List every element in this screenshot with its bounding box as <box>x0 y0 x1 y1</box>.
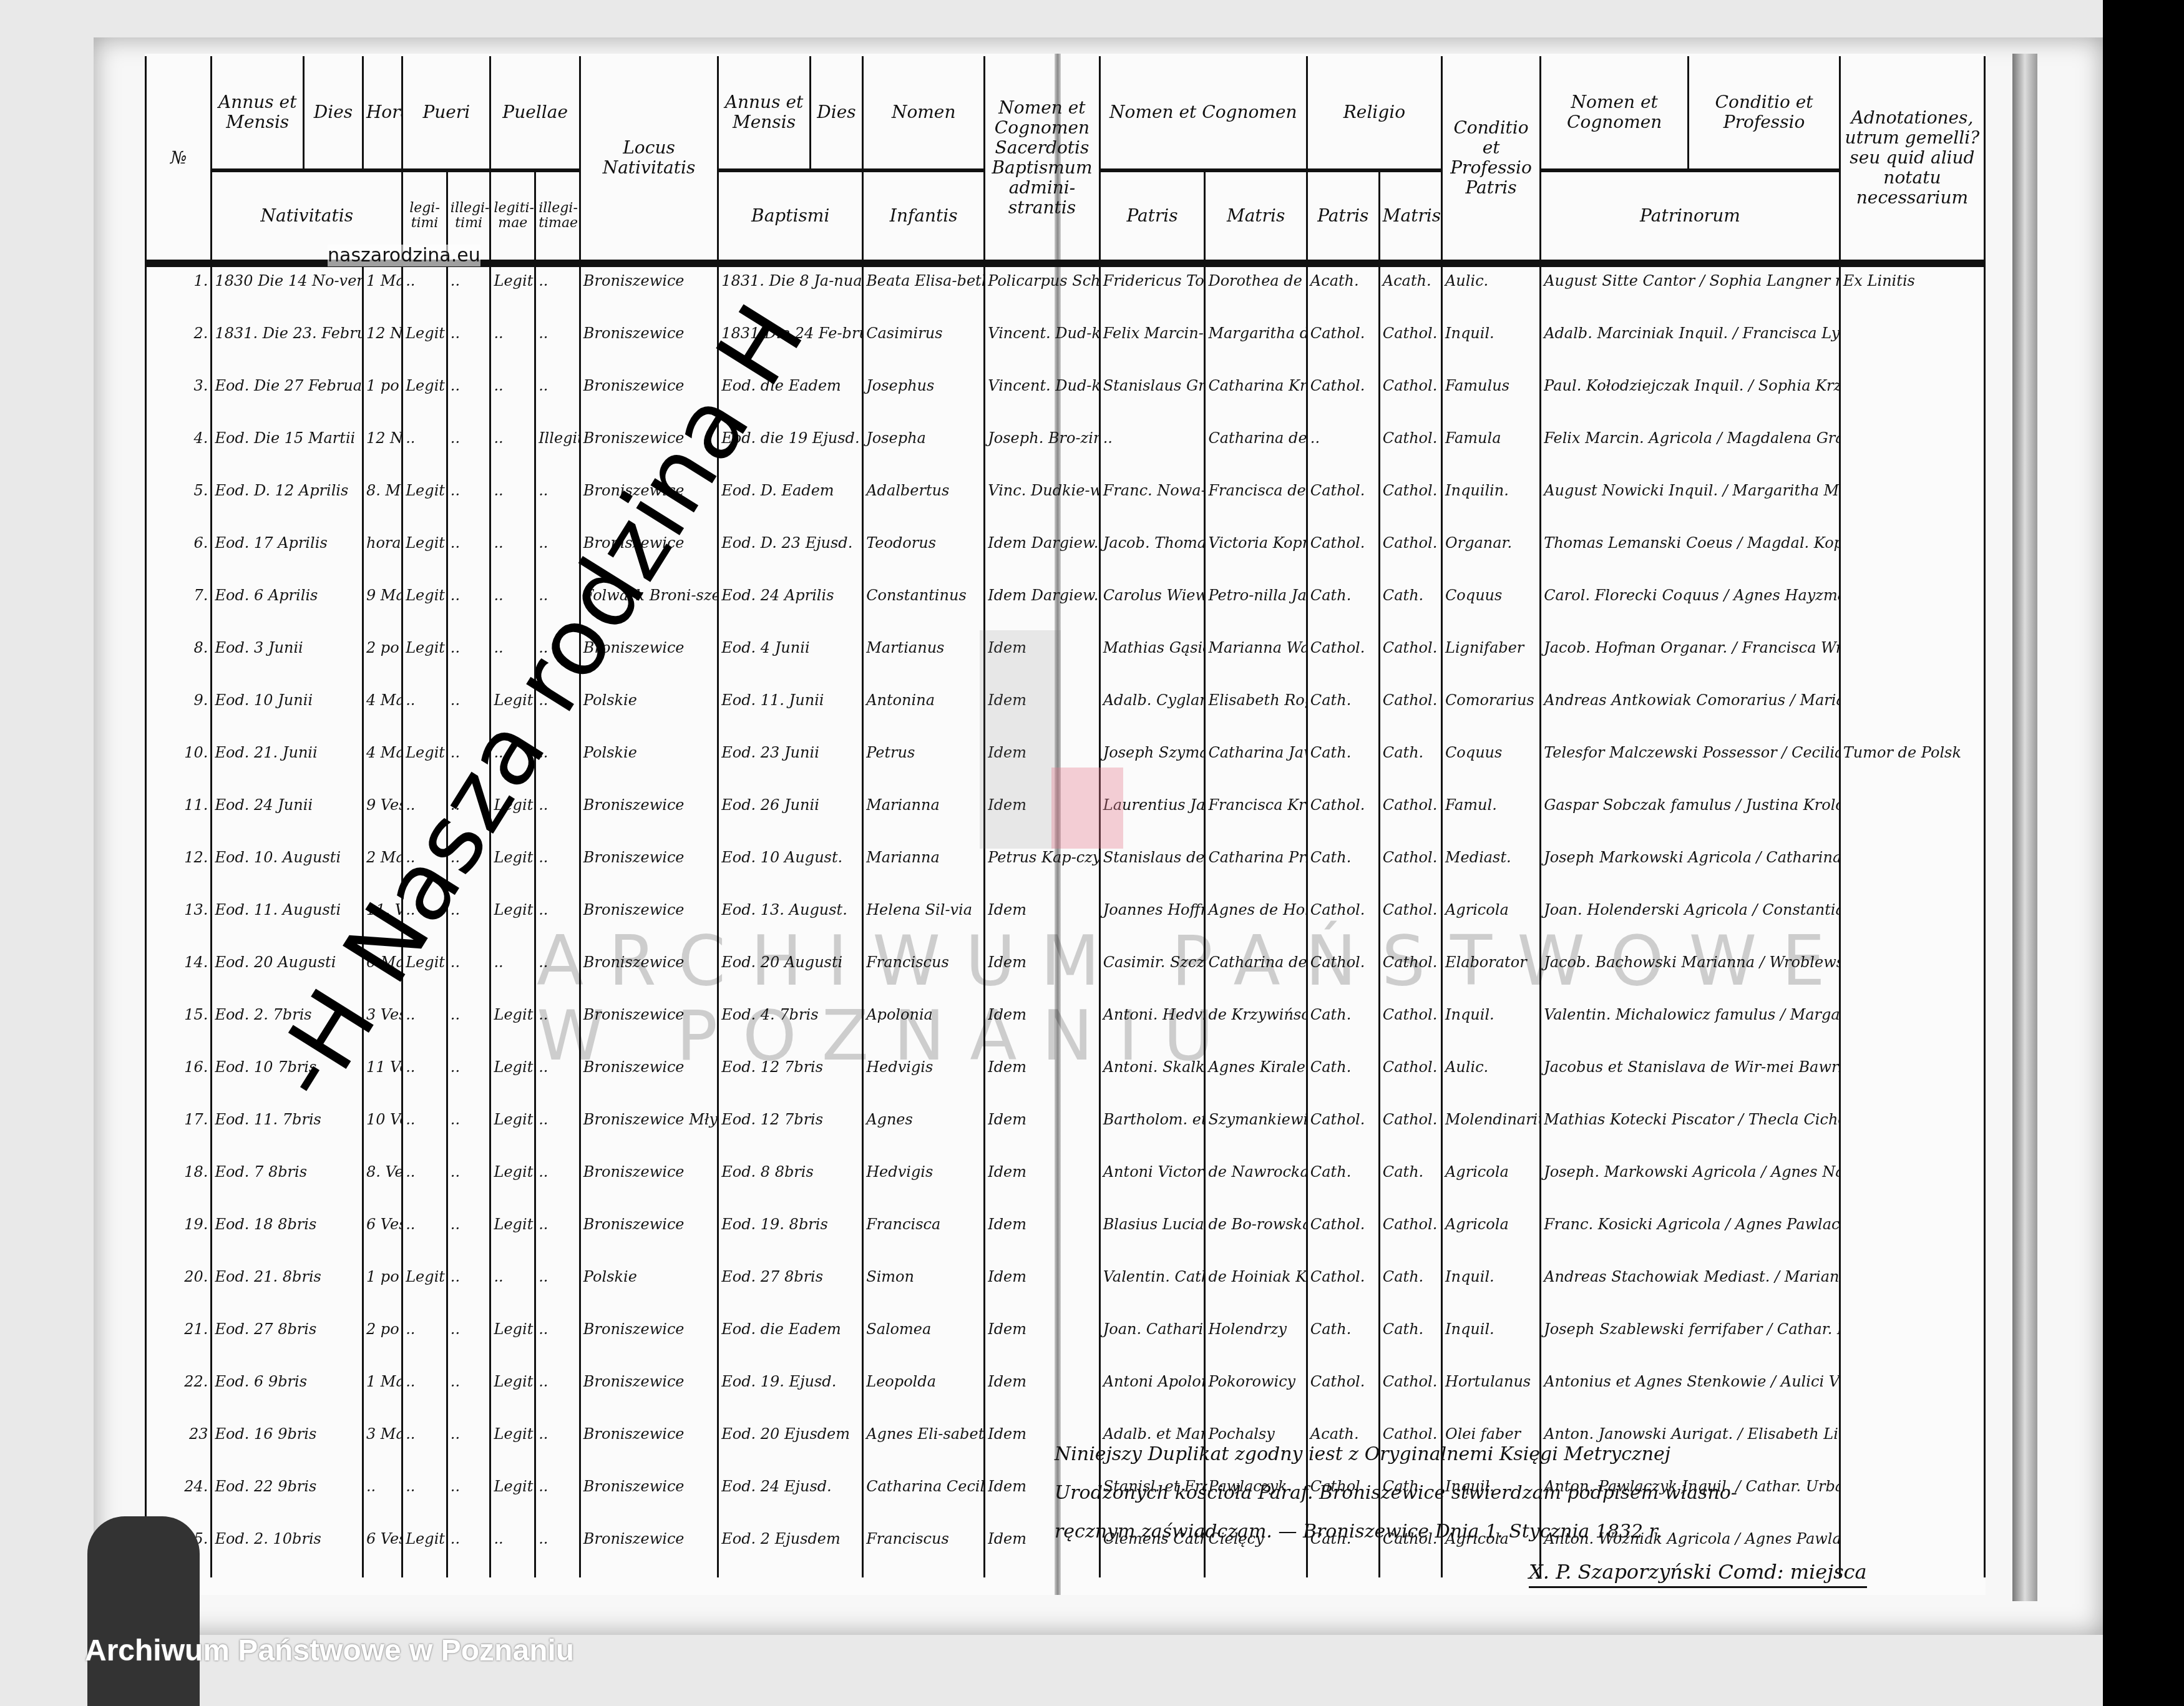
cell-adnot <box>1840 529 1984 582</box>
cell-rel-p: Cath. <box>1307 844 1379 896</box>
cell-sacerdos: Idem Dargiew. <box>985 582 1100 634</box>
cell-hora: 8. Vespere <box>363 1158 402 1211</box>
cell-puella-leg: .. <box>490 372 535 424</box>
cell-puer-illeg: .. <box>447 372 490 424</box>
cell-puer-illeg: .. <box>447 1106 490 1158</box>
cell-annus: Eod. Die 15 Martii <box>212 424 363 477</box>
cell-puer-leg: Legit. <box>402 529 447 582</box>
cell-puer-illeg: .. <box>447 634 490 686</box>
cell-puer-illeg: .. <box>447 582 490 634</box>
cell-locus: Broniszewice <box>580 1158 718 1211</box>
cell-puella-leg: Legit. <box>490 1053 535 1106</box>
cell-locus: Broniszewice <box>580 844 718 896</box>
cell-adnot <box>1840 1106 1984 1158</box>
cell-patris: Carolus Wiewiński <box>1099 582 1205 634</box>
cell-rel-m: Cathol. <box>1379 424 1441 477</box>
cell-matris: de Hoiniak Kubiak <box>1205 1263 1307 1315</box>
cell-rel-p: Cath. <box>1307 739 1379 791</box>
cell-hora: 12 Noct. <box>363 424 402 477</box>
cell-hora: 1 po meridiem <box>363 372 402 424</box>
cell-matris: Catharina Przybylacy <box>1205 844 1307 896</box>
cell-puella-illeg: .. <box>535 319 580 372</box>
cell-locus: Broniszewice <box>580 1420 718 1473</box>
cell-locus: Broniszewice <box>580 1315 718 1368</box>
cell-no: 23 <box>146 1420 212 1473</box>
header-religio-patris: Patris <box>1307 170 1379 263</box>
cell-puella-leg: .. <box>490 477 535 529</box>
cell-matris: Catharina de Lukomska <box>1205 424 1307 477</box>
header-puellae-legitimae: legiti-mae <box>490 170 535 263</box>
cell-nomen: Agnes <box>863 1106 985 1158</box>
cell-rel-m: Cathol. <box>1379 1368 1441 1420</box>
cell-matris: Margaritha de Spychi <box>1205 319 1307 372</box>
cell-sacerdos: Vincent. Dud-kiewicz <box>985 372 1100 424</box>
cell-bapt: Eod. 2 Ejusdem <box>718 1525 863 1577</box>
cell-nomen: Hedvigis <box>863 1158 985 1211</box>
cell-no: 20. <box>146 1263 212 1315</box>
cell-hora: 2 po meridiem <box>363 1315 402 1368</box>
cell-conditio: Lignifaber <box>1441 634 1540 686</box>
cell-bapt: Eod. D. 23 Ejusd. <box>718 529 863 582</box>
cell-patris: Antoni Victoria <box>1099 1158 1205 1211</box>
cell-rel-p: Cathol. <box>1307 791 1379 844</box>
cell-adnot <box>1840 686 1984 739</box>
cell-adnot: Tumor de Polsk <box>1840 739 1984 791</box>
cell-puella-illeg: .. <box>535 1211 580 1263</box>
cell-puer-leg: Legit. <box>402 372 447 424</box>
cell-puella-illeg: .. <box>535 372 580 424</box>
cell-conditio: Famulus <box>1441 372 1540 424</box>
cell-patrini: August Sitte Cantor / Sophia Langner nat… <box>1541 263 1840 319</box>
table-row: 22.Eod. 6 9bris1 Mane....Legit...Bronisz… <box>146 1368 1985 1420</box>
cell-annus: Eod. 3 Junii <box>212 634 363 686</box>
cell-bapt: Eod. 11. Junii <box>718 686 863 739</box>
cell-puella-leg: Legit. <box>490 896 535 948</box>
cell-nomen: Marianna <box>863 791 985 844</box>
certification-line-1: Niniejszy Duplikat zgodny iest z Orygina… <box>1055 1435 1991 1474</box>
cell-puer-illeg: .. <box>447 1525 490 1577</box>
cell-puella-illeg: .. <box>535 1106 580 1158</box>
cell-conditio: Mediast. <box>1441 844 1540 896</box>
header-annus-mensis: Annus et Mensis <box>212 56 304 170</box>
cell-patris: Antoni Apolonia de Mi-niewski <box>1099 1368 1205 1420</box>
cell-puella-leg: Legit. <box>490 1473 535 1525</box>
cell-adnot <box>1840 791 1984 844</box>
cell-bapt: Eod. 10 August. <box>718 844 863 896</box>
cell-puer-illeg: .. <box>447 477 490 529</box>
cell-puella-leg: Legit. <box>490 1368 535 1420</box>
cell-patris: Felix Marcin-niak <box>1099 319 1205 372</box>
cell-nomen: Teodorus <box>863 529 985 582</box>
cell-puella-leg: Legit. <box>490 1211 535 1263</box>
page-edge <box>2012 54 2037 1601</box>
cell-rel-p: Cathol. <box>1307 1368 1379 1420</box>
table-row: 3.Eod. Die 27 Februarii1 po meridiemLegi… <box>146 372 1985 424</box>
cell-adnot <box>1840 1211 1984 1263</box>
cell-conditio: Coquus <box>1441 739 1540 791</box>
cell-no: 13. <box>146 896 212 948</box>
header-nomen: Nomen <box>863 56 985 170</box>
cell-matris: de Bo-rowska Rzesińcy <box>1205 1211 1307 1263</box>
watermark-site: naszarodzina.eu <box>328 245 480 266</box>
cell-annus: Eod. D. 12 Aprilis <box>212 477 363 529</box>
cell-puella-leg: .. <box>490 424 535 477</box>
cell-annus: Eod. 17 Aprilis <box>212 529 363 582</box>
cell-nomen: Simon <box>863 1263 985 1315</box>
cell-patrini: Antonius et Agnes Stenkowie / Aulici Vil… <box>1541 1368 1840 1420</box>
cell-hora: 9 Mane <box>363 582 402 634</box>
cell-hora: 12 Noct. <box>363 319 402 372</box>
header-bapt-dies: Dies <box>810 56 862 170</box>
cell-annus: Eod. 27 8bris <box>212 1315 363 1368</box>
cell-matris: Francisca Krolowna <box>1205 791 1307 844</box>
cell-puer-illeg: .. <box>447 1263 490 1315</box>
cell-no: 18. <box>146 1158 212 1211</box>
cell-no: 11. <box>146 791 212 844</box>
cell-puer-illeg: .. <box>447 1158 490 1211</box>
cell-patris: Stanislaus de Lei <box>1099 844 1205 896</box>
cell-patrini: August Nowicki Inquil. / Margaritha Marc… <box>1541 477 1840 529</box>
cell-bapt: Eod. 23 Junii <box>718 739 863 791</box>
cell-matris: Szymankiewicz <box>1205 1106 1307 1158</box>
cell-nomen: Josepha <box>863 424 985 477</box>
cell-puer-illeg: .. <box>447 263 490 319</box>
cell-rel-p: Acath. <box>1307 263 1379 319</box>
table-row: 21.Eod. 27 8bris2 po meridiem....Legit..… <box>146 1315 1985 1368</box>
cell-nomen: Leopolda <box>863 1368 985 1420</box>
cell-rel-p: Cath. <box>1307 1158 1379 1211</box>
cell-puer-leg: .. <box>402 1315 447 1368</box>
cell-matris: Petro-nilla Jagminska <box>1205 582 1307 634</box>
cell-puella-leg: Legit. <box>490 1420 535 1473</box>
header-no: № <box>146 56 212 263</box>
cell-rel-p: Cathol. <box>1307 319 1379 372</box>
cell-no: 9. <box>146 686 212 739</box>
cell-hora: .. <box>363 1473 402 1525</box>
cell-rel-m: Cath. <box>1379 1263 1441 1315</box>
cell-locus: Broniszewice Młyn <box>580 1106 718 1158</box>
cell-patrini: Andreas Stachowiak Mediast. / Marianna W… <box>1541 1263 1840 1315</box>
cell-adnot <box>1840 1315 1984 1368</box>
cell-locus: Broniszewice <box>580 1368 718 1420</box>
cell-adnot <box>1840 634 1984 686</box>
thumb-shadow <box>87 1516 200 1706</box>
header-conditio-patris: Conditio et Professio Patris <box>1441 56 1540 263</box>
cell-puer-illeg: .. <box>447 1053 490 1106</box>
cell-puella-illeg: .. <box>535 1158 580 1211</box>
cell-conditio: Agricola <box>1441 1211 1540 1263</box>
watermark-gray-block <box>980 630 1061 849</box>
cell-adnot <box>1840 477 1984 529</box>
header-pueri: Pueri <box>402 56 490 170</box>
cell-rel-p: Cathol. <box>1307 1211 1379 1263</box>
cell-conditio: Comorarius <box>1441 686 1540 739</box>
cell-bapt: Eod. 8 8bris <box>718 1158 863 1211</box>
table-row: 1.1830 Die 14 No-vembris1 Mane....Legit.… <box>146 263 1985 319</box>
cell-puella-leg: .. <box>490 1263 535 1315</box>
cell-puer-leg: .. <box>402 1473 447 1525</box>
cell-adnot <box>1840 896 1984 948</box>
cell-puer-leg: Legit. <box>402 319 447 372</box>
cell-puella-leg: Legit. <box>490 1158 535 1211</box>
cell-rel-m: Cath. <box>1379 582 1441 634</box>
cell-bapt: Eod. 4 Junii <box>718 634 863 686</box>
cell-adnot: Ex Linitis <box>1840 263 1984 319</box>
cell-hora: 1 po meridiem <box>363 1263 402 1315</box>
cell-annus: Eod. 21. Junii <box>212 739 363 791</box>
cell-adnot <box>1840 1001 1984 1053</box>
cell-conditio: Inquil. <box>1441 1263 1540 1315</box>
cell-no: 6. <box>146 529 212 582</box>
cell-no: 16. <box>146 1053 212 1106</box>
cell-matris: Victoria Koprowska <box>1205 529 1307 582</box>
cell-patris: Mathias Gąsiorowski <box>1099 634 1205 686</box>
cell-hora: 1 Mane <box>363 263 402 319</box>
cell-puer-leg: Legit. <box>402 634 447 686</box>
cell-rel-m: Cath. <box>1379 739 1441 791</box>
cell-locus: Broniszewice <box>580 1211 718 1263</box>
certification-note: Niniejszy Duplikat zgodny iest z Orygina… <box>1055 1435 1991 1551</box>
cell-patrini: Felix Marcin. Agricola / Magdalena Graba… <box>1541 424 1840 477</box>
cell-puer-illeg: .. <box>447 1315 490 1368</box>
cell-puella-illeg: .. <box>535 1368 580 1420</box>
cell-no: 5. <box>146 477 212 529</box>
cell-puer-leg: .. <box>402 1420 447 1473</box>
cell-sacerdos: Idem <box>985 1106 1100 1158</box>
cell-locus: Broniszewice <box>580 1473 718 1525</box>
cell-puella-illeg: .. <box>535 1420 580 1473</box>
cell-puer-leg: Legit. <box>402 477 447 529</box>
certification-line-3: ręcznym zaświadczam. — Broniszewice Dnia… <box>1055 1513 1991 1551</box>
cell-patrini: Mathias Kotecki Piscator / Thecla Cichow… <box>1541 1106 1840 1158</box>
cell-sacerdos: Vincent. Dud-kiewicz <box>985 319 1100 372</box>
cell-rel-p: Cathol. <box>1307 372 1379 424</box>
table-row: 5.Eod. D. 12 Aprilis8. ManeLegit.......B… <box>146 477 1985 529</box>
cell-nomen: Salomea <box>863 1315 985 1368</box>
cell-puer-leg: Legit. <box>402 582 447 634</box>
cell-hora: 4 Mane <box>363 686 402 739</box>
cell-adnot <box>1840 948 1984 1001</box>
cell-puer-illeg: .. <box>447 319 490 372</box>
cell-locus: Polskie <box>580 1263 718 1315</box>
cell-nomen: Casimirus <box>863 319 985 372</box>
cell-rel-m: Cathol. <box>1379 634 1441 686</box>
cell-matris: Dorothea de Pollikia <box>1205 263 1307 319</box>
cell-rel-p: Cathol. <box>1307 1106 1379 1158</box>
cell-locus: Broniszewice <box>580 1525 718 1577</box>
cell-no: 15. <box>146 1001 212 1053</box>
cell-annus: Eod. 22 9bris <box>212 1473 363 1525</box>
cell-conditio: Famul. <box>1441 791 1540 844</box>
cell-annus: 1831. Die 23. Febru-arii <box>212 319 363 372</box>
cell-puer-illeg: .. <box>447 1001 490 1053</box>
cell-nomen: Antonina <box>863 686 985 739</box>
cell-puer-leg: .. <box>402 1368 447 1420</box>
cell-patris: Joan. Catharina de Do-minczak <box>1099 1315 1205 1368</box>
cell-patrini: Gaspar Sobczak famulus / Justina Krolown… <box>1541 791 1840 844</box>
cell-hora: 1 Mane <box>363 1368 402 1420</box>
cell-rel-p: Cathol. <box>1307 477 1379 529</box>
table-row: 2.1831. Die 23. Febru-arii12 Noct.Legit.… <box>146 319 1985 372</box>
cell-puer-leg: .. <box>402 686 447 739</box>
table-row: 18.Eod. 7 8bris8. Vespere....Legit...Bro… <box>146 1158 1985 1211</box>
cell-puer-illeg: .. <box>447 424 490 477</box>
header-patrini-conditio: Conditio et Professio <box>1689 56 1840 170</box>
cell-annus: 1830 Die 14 No-vembris <box>212 263 363 319</box>
cell-puella-leg: .. <box>490 1525 535 1577</box>
header-bapt-annus-mensis: Annus et Mensis <box>718 56 811 170</box>
cell-puella-illeg: .. <box>535 263 580 319</box>
cell-puella-illeg: .. <box>535 844 580 896</box>
cell-puer-leg: .. <box>402 263 447 319</box>
cell-conditio: Agricola <box>1441 1158 1540 1211</box>
cell-patrini: Joseph Szablewski ferrifaber / Cathar. K… <box>1541 1315 1840 1368</box>
cell-sacerdos: Idem <box>985 1368 1100 1420</box>
cell-nomen: Petrus <box>863 739 985 791</box>
cell-bapt: Eod. 24 Ejusd. <box>718 1473 863 1525</box>
archive-credit: Archiwum Państwowe w Poznaniu <box>85 1634 574 1668</box>
cell-puer-illeg: .. <box>447 529 490 582</box>
cell-no: 2. <box>146 319 212 372</box>
cell-rel-m: Cathol. <box>1379 844 1441 896</box>
cell-annus: Eod. 10 Junii <box>212 686 363 739</box>
cell-nomen: Catharina Cecilia <box>863 1473 985 1525</box>
cell-no: 4. <box>146 424 212 477</box>
cell-matris: Marianna Wasilska <box>1205 634 1307 686</box>
cell-bapt: Eod. 27 8bris <box>718 1263 863 1315</box>
cell-patrini: Franc. Kosicki Agricola / Agnes Pawlaczy… <box>1541 1211 1840 1263</box>
table-row: 20.Eod. 21. 8bris1 po meridiemLegit.....… <box>146 1263 1985 1315</box>
cell-bapt: Eod. D. Eadem <box>718 477 863 529</box>
cell-conditio: Organar. <box>1441 529 1540 582</box>
cell-rel-m: Cathol. <box>1379 1211 1441 1263</box>
header-adnotationes: Adnotationes, utrum gemelli? seu quid al… <box>1840 56 1984 263</box>
cell-bapt: Eod. 20 Ejusdem <box>718 1420 863 1473</box>
cell-patris: Stanislaus Gnotliwy <box>1099 372 1205 424</box>
cell-no: 8. <box>146 634 212 686</box>
header-hora: Hora <box>363 56 402 170</box>
cell-no: 17. <box>146 1106 212 1158</box>
cell-puella-leg: Legit. <box>490 1001 535 1053</box>
cell-patrini: Joseph. Markowski Agricola / Agnes Nawro… <box>1541 1158 1840 1211</box>
cell-patris: Fridericus Tomer <box>1099 263 1205 319</box>
cell-rel-m: Cathol. <box>1379 372 1441 424</box>
table-row: 9.Eod. 10 Junii4 Mane....Legit...Polskie… <box>146 686 1985 739</box>
cell-puella-leg: .. <box>490 319 535 372</box>
cell-no: 14. <box>146 948 212 1001</box>
cell-sacerdos: Idem <box>985 1315 1100 1368</box>
table-row: 8.Eod. 3 Junii2 po meridieLegit.......Br… <box>146 634 1985 686</box>
cell-patrini: Andreas Antkowiak Comorarius / Marianna … <box>1541 686 1840 739</box>
cell-adnot <box>1840 1263 1984 1315</box>
cell-puer-leg: .. <box>402 1211 447 1263</box>
cell-no: 22. <box>146 1368 212 1420</box>
header-patris: Patris <box>1099 170 1205 263</box>
cell-patris: Adalb. Cyglarek <box>1099 686 1205 739</box>
cell-bapt: Eod. die Eadem <box>718 1315 863 1368</box>
cell-puer-leg: .. <box>402 1106 447 1158</box>
cell-puella-leg: .. <box>490 529 535 582</box>
cell-puella-leg: Legit. <box>490 1315 535 1368</box>
cell-no: 19. <box>146 1211 212 1263</box>
cell-rel-m: Cathol. <box>1379 1106 1441 1158</box>
cell-locus: Broniszewice <box>580 791 718 844</box>
cell-hora: 4 Mane <box>363 739 402 791</box>
header-patrinorum: Patrinorum <box>1541 170 1840 263</box>
cell-puella-illeg: Illegit. <box>535 424 580 477</box>
cell-sacerdos: Vinc. Dudkie-wicz <box>985 477 1100 529</box>
cell-nomen: Beata Elisa-beth Mathild. <box>863 263 985 319</box>
header-dies: Dies <box>304 56 363 170</box>
cell-rel-m: Cath. <box>1379 1158 1441 1211</box>
cell-adnot <box>1840 1158 1984 1211</box>
cell-matris: Catharina Krzyżakowa <box>1205 372 1307 424</box>
cell-rel-p: Cath. <box>1307 686 1379 739</box>
cell-hora: 6 Vespere <box>363 1211 402 1263</box>
cell-puer-leg: .. <box>402 1158 447 1211</box>
cell-annus: Eod. 16 9bris <box>212 1420 363 1473</box>
cell-no: 10. <box>146 739 212 791</box>
cell-matris: Francisca de Krolaki <box>1205 477 1307 529</box>
cell-patris: Valentin. Catharina <box>1099 1263 1205 1315</box>
cell-sacerdos: Idem <box>985 1211 1100 1263</box>
header-baptismi: Baptismi <box>718 170 863 263</box>
cell-no: 1. <box>146 263 212 319</box>
cell-puer-leg: Legit. <box>402 1263 447 1315</box>
header-puellae-illegitimae: illegi-timae <box>535 170 580 263</box>
cell-patrini: Jacob. Hofman Organar. / Francisca Wrobl… <box>1541 634 1840 686</box>
cell-nomen: Agnes Eli-sabeth <box>863 1420 985 1473</box>
cell-nomen: Franciscus <box>863 1525 985 1577</box>
cell-bapt: Eod. 26 Junii <box>718 791 863 844</box>
cell-conditio: Coquus <box>1441 582 1540 634</box>
cell-adnot <box>1840 1053 1984 1106</box>
cell-conditio: Inquilin. <box>1441 477 1540 529</box>
cell-no: 12. <box>146 844 212 896</box>
cell-conditio: Inquil. <box>1441 1315 1540 1368</box>
table-row: 19.Eod. 18 8bris6 Vespere....Legit...Bro… <box>146 1211 1985 1263</box>
watermark-pink-block <box>1051 768 1123 849</box>
cell-rel-m: Cath. <box>1379 1315 1441 1368</box>
cell-sacerdos: Idem <box>985 1263 1100 1315</box>
cell-puella-illeg: .. <box>535 477 580 529</box>
header-infantis: Infantis <box>863 170 985 263</box>
cell-puella-illeg: .. <box>535 1315 580 1368</box>
cell-sacerdos: Idem <box>985 1158 1100 1211</box>
cell-matris: Pokorowicy <box>1205 1368 1307 1420</box>
cell-puer-illeg: .. <box>447 1368 490 1420</box>
header-matris: Matris <box>1205 170 1307 263</box>
cell-adnot <box>1840 319 1984 372</box>
cell-patris: Bartholom. et Magdalena <box>1099 1106 1205 1158</box>
cell-annus: Eod. 2. 10bris <box>212 1525 363 1577</box>
cell-conditio: Aulic. <box>1441 263 1540 319</box>
cell-conditio: Famula <box>1441 424 1540 477</box>
cell-rel-m: Cathol. <box>1379 477 1441 529</box>
cell-no: 3. <box>146 372 212 424</box>
cell-rel-p: Cath. <box>1307 582 1379 634</box>
cell-hora: 6 Vespere <box>363 1525 402 1577</box>
table-row: 17.Eod. 11. 7bris10 Vespere....Legit...B… <box>146 1106 1985 1158</box>
header-religio: Religio <box>1307 56 1441 170</box>
cell-rel-m: Cathol. <box>1379 529 1441 582</box>
table-row: 7.Eod. 6 Aprilis9 ManeLegit.......Folwar… <box>146 582 1985 634</box>
cell-nomen: Adalbertus <box>863 477 985 529</box>
cell-annus: Eod. 21. 8bris <box>212 1263 363 1315</box>
cell-puella-illeg: .. <box>535 1263 580 1315</box>
header-locus-nativitatis: Locus Nativitatis <box>580 56 718 263</box>
cell-sacerdos: Joseph. Bro-zinski <box>985 424 1100 477</box>
